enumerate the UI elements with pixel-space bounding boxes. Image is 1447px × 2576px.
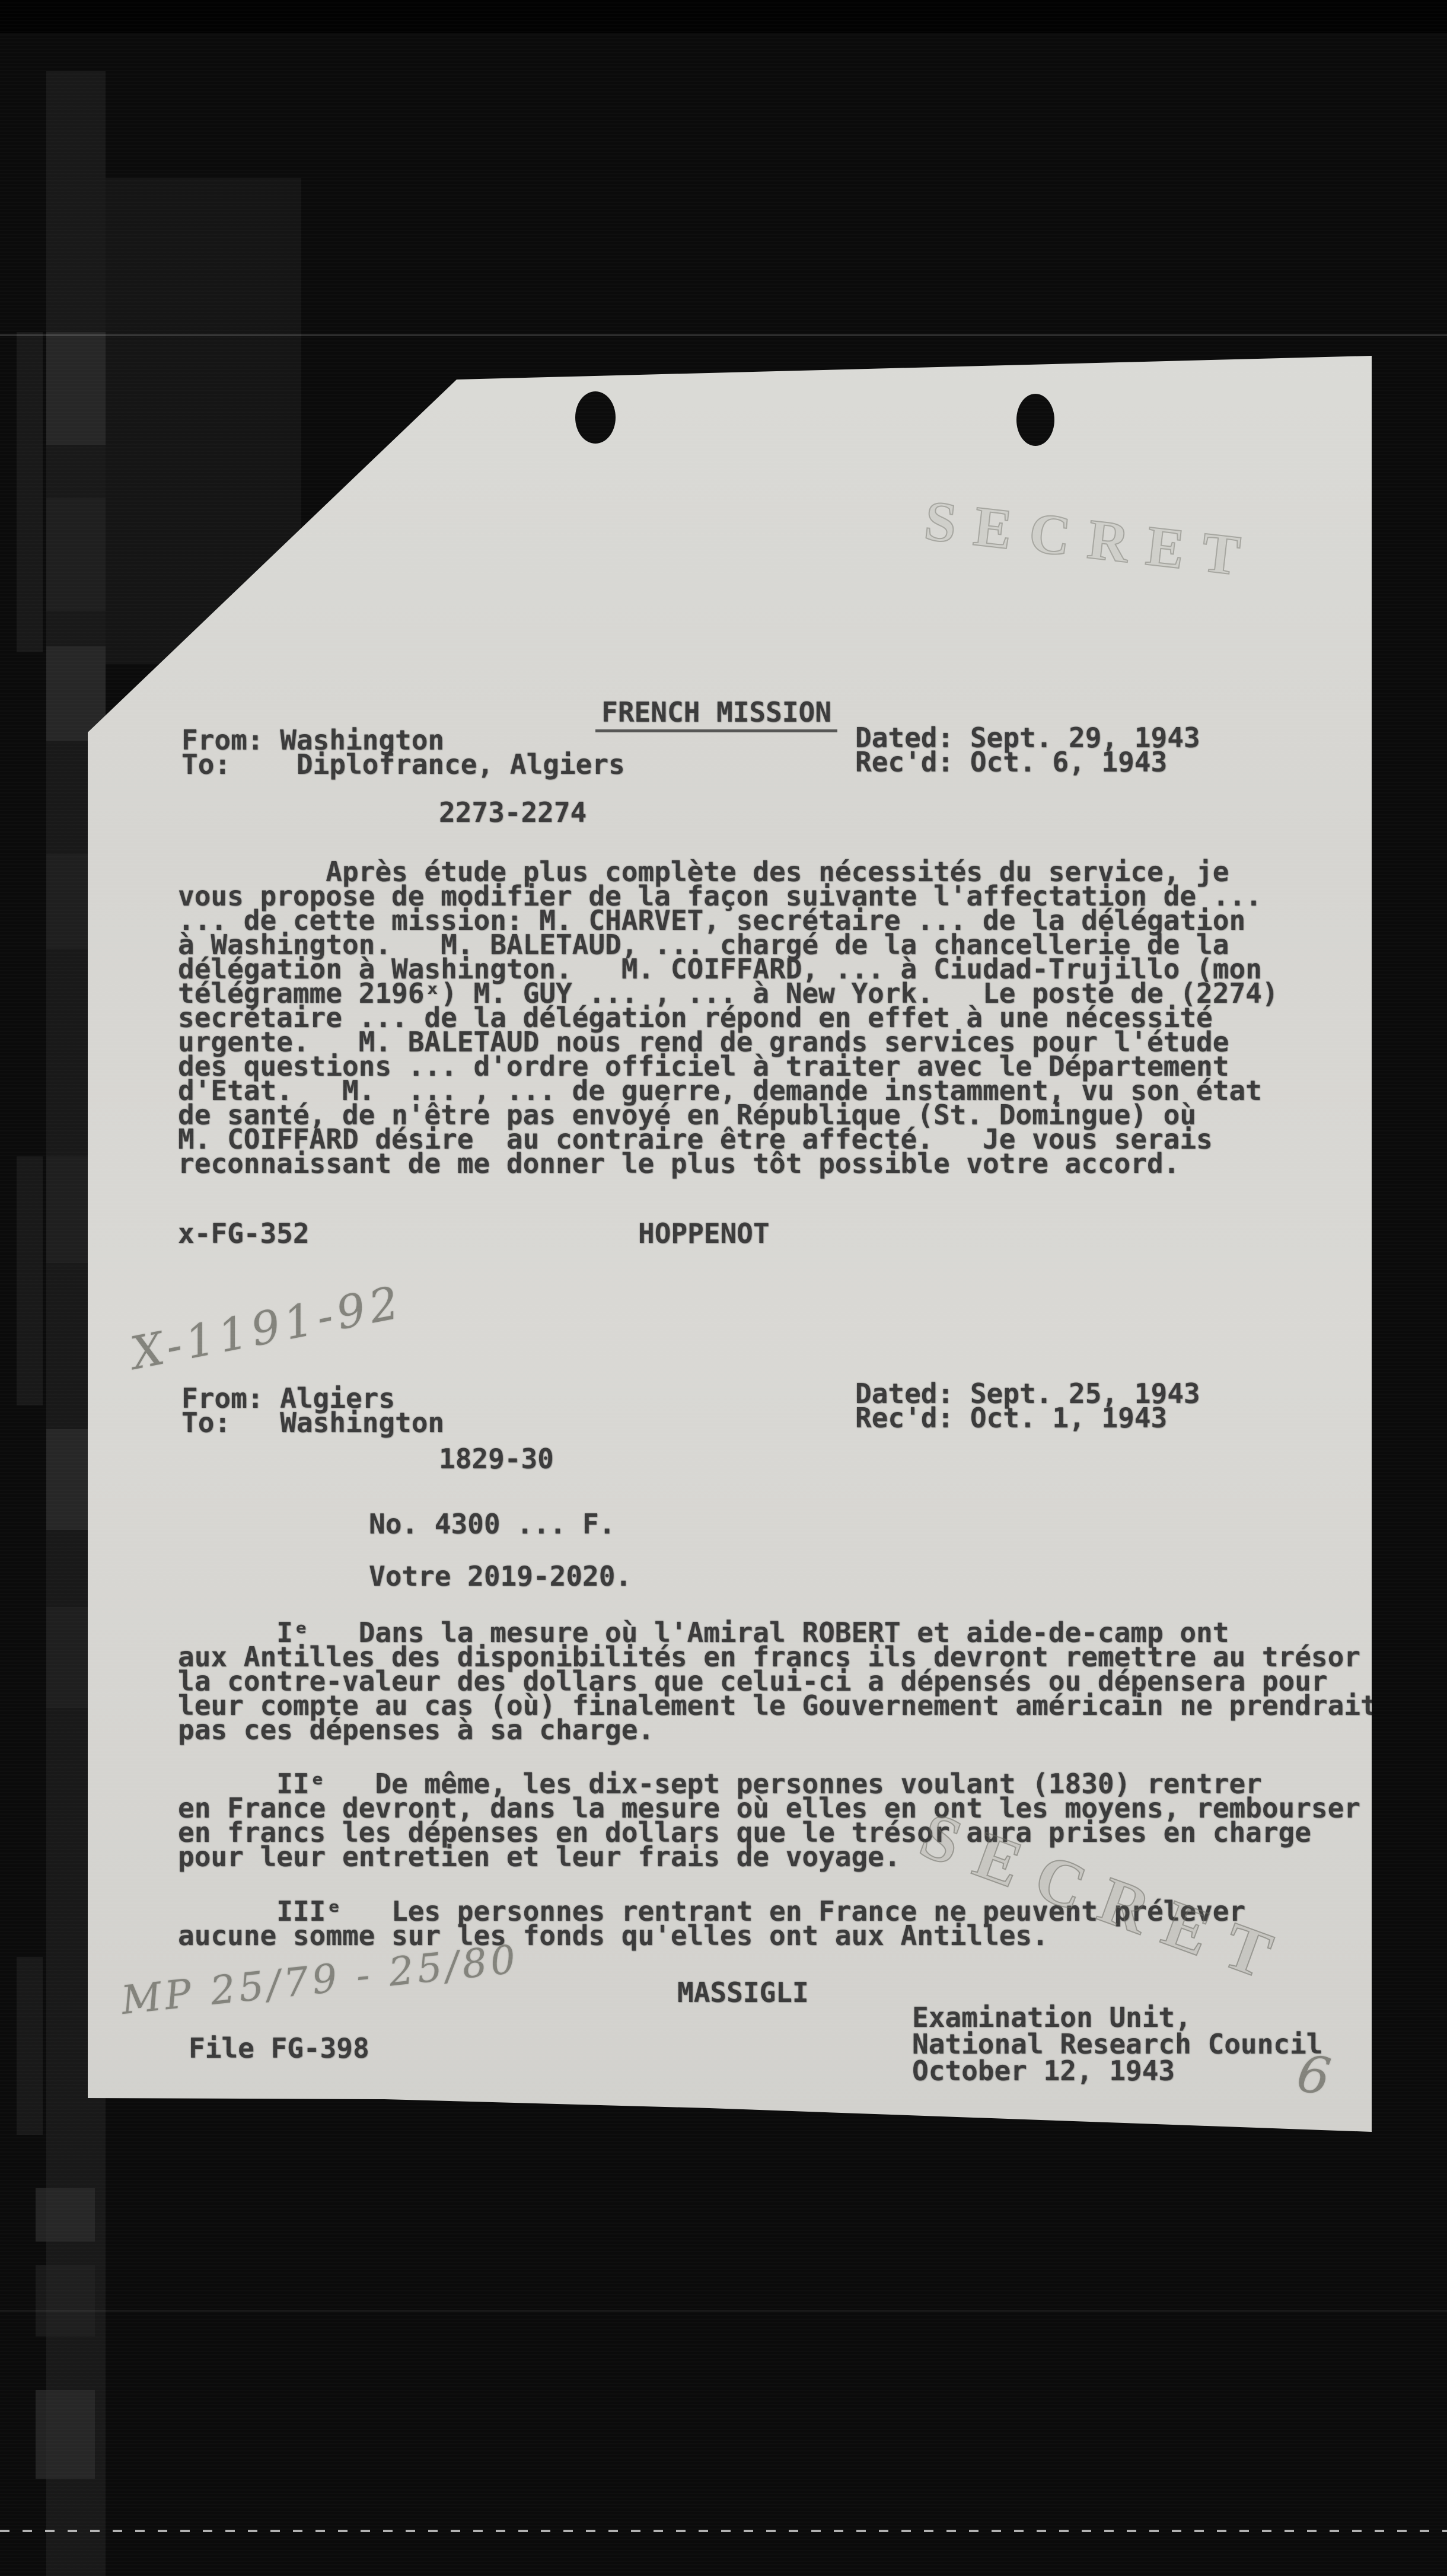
film-frame bbox=[36, 2265, 95, 2336]
secret-stamp-top: SECRET bbox=[922, 487, 1261, 590]
film-frame bbox=[36, 2188, 95, 2242]
msg1-body: Après étude plus complète des nécessités… bbox=[178, 860, 1279, 1176]
film-scratch bbox=[0, 2310, 1447, 2312]
msg2-reference: Votre 2019-2020. bbox=[369, 1564, 632, 1589]
msg2-doc-no: No. 4300 ... F. bbox=[369, 1512, 615, 1536]
film-edge-speckle bbox=[0, 2530, 1447, 2532]
film-frame bbox=[17, 1957, 43, 2135]
msg2-paragraph-1: Iᵉ Dans la mesure où l'Amiral ROBERT et … bbox=[178, 1621, 1377, 1742]
file-reference: File FG-398 bbox=[189, 2036, 369, 2061]
film-frame bbox=[46, 498, 106, 611]
msg1-dated-block: Dated: Sept. 29, 1943 Rec'd: Oct. 6, 194… bbox=[855, 726, 1200, 774]
msg1-signature: HOPPENOT bbox=[638, 1222, 770, 1246]
pencil-note-top: X-1191-92 bbox=[127, 1275, 407, 1379]
microfilm-background: SECRET FRENCH MISSION From: Washington T… bbox=[0, 0, 1447, 2576]
msg2-signature: MASSIGLI bbox=[677, 1981, 809, 2005]
msg2-dated-block: Dated: Sept. 25, 1943 Rec'd: Oct. 1, 194… bbox=[855, 1382, 1200, 1430]
film-frame bbox=[46, 332, 106, 445]
document-page: SECRET FRENCH MISSION From: Washington T… bbox=[88, 355, 1372, 2135]
examination-unit-block: Examination Unit, National Research Coun… bbox=[912, 2004, 1322, 2084]
film-top-band bbox=[0, 0, 1447, 33]
punch-hole-left bbox=[575, 391, 616, 444]
film-scratch bbox=[0, 334, 1447, 336]
film-frame bbox=[17, 332, 43, 652]
punch-hole-right bbox=[1016, 394, 1054, 446]
msg1-file-ref: x-FG-352 bbox=[178, 1222, 310, 1246]
msg2-number: 1829-30 bbox=[439, 1447, 554, 1471]
msg1-from-to: From: Washington To: Diplofrance, Algier… bbox=[181, 728, 625, 777]
film-frame bbox=[36, 2390, 95, 2479]
msg2-paragraph-2: IIᵉ De même, les dix-sept personnes voul… bbox=[178, 1772, 1360, 1869]
msg1-number: 2273-2274 bbox=[439, 801, 587, 825]
msg2-from-to: From: Algiers To: Washington bbox=[181, 1386, 444, 1435]
page-title-text: FRENCH MISSION bbox=[595, 700, 837, 732]
film-frame bbox=[17, 1156, 43, 1405]
